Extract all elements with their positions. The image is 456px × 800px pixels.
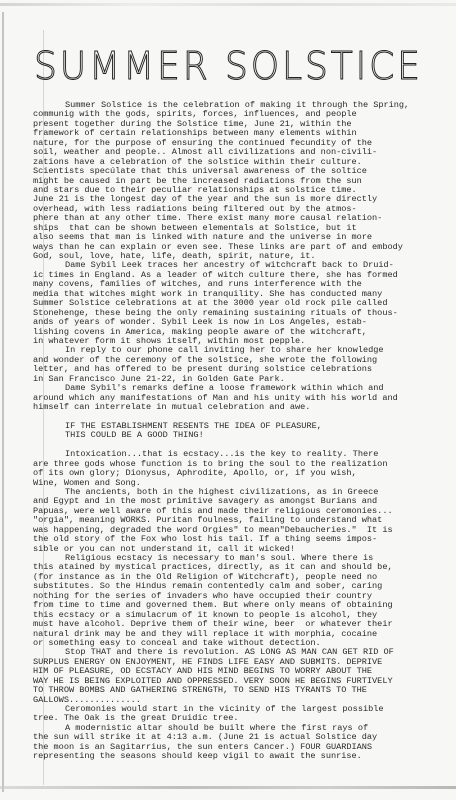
document-body: Summer Solstice is the celebration of ma… [33,101,453,762]
scanned-page: SUMMER SOLSTICE Summer Solstice is the c… [0,0,456,800]
text-line: himself can interrelate in mutual celebr… [33,403,453,412]
text-line: representing the seasons should keep vig… [33,752,453,761]
text-line: THIS COULD BE A GOOD THING! [33,431,453,440]
document-title: SUMMER SOLSTICE [34,47,423,85]
page-left-edge [2,12,4,792]
page-top-edge [0,3,456,6]
page-bottom-edge [0,786,456,789]
